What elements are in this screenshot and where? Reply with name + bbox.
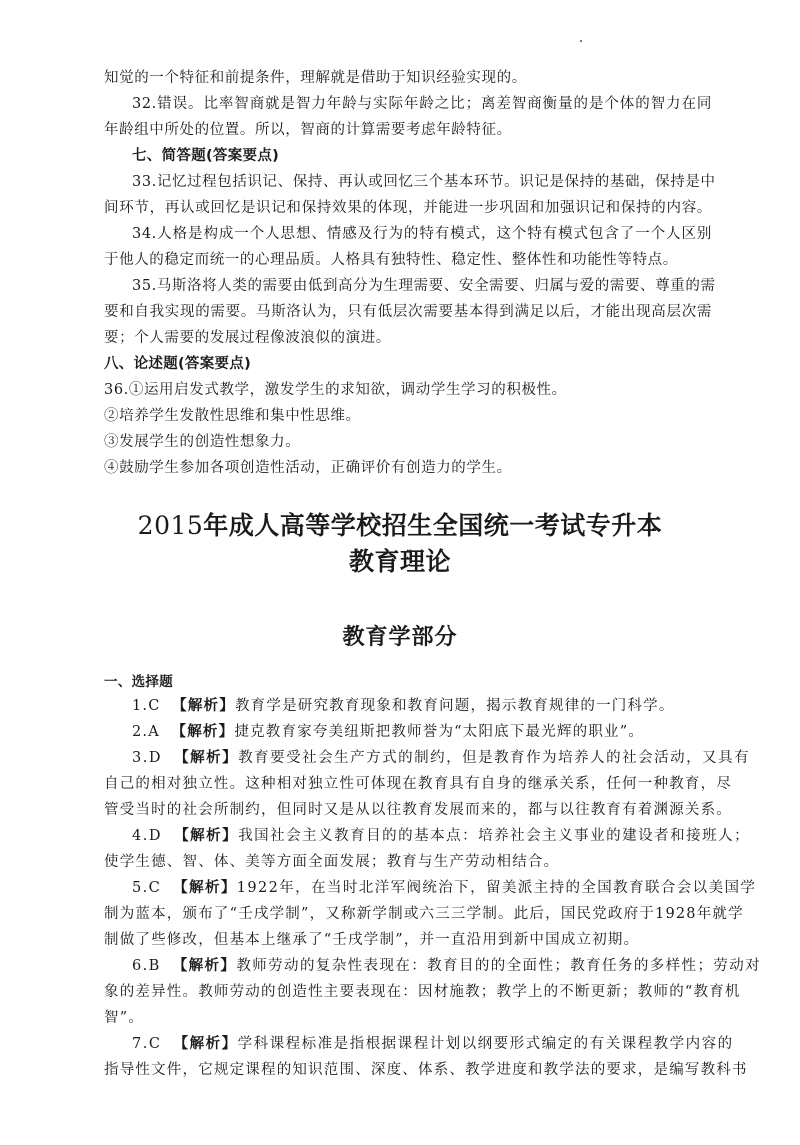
section-heading-essay: 八、论述题(答案要点) — [104, 354, 712, 374]
answer-3-line-2: 自己的相对独立性。这种相对独立性可体现在教育具有自身的继承关系，任何一种教育，尽 — [104, 774, 712, 794]
answer-text: 教师劳动的复杂性表现在：教育目的的全面性；教育任务的多样性；劳动对 — [236, 958, 761, 974]
answer-2: 2.A 【解析】捷克教育家夸美纽斯把教师誉为“太阳底下最光辉的职业”。 — [132, 722, 712, 742]
part-title: 教育学部分 — [0, 622, 800, 652]
answer-text: 教育学是研究教育现象和教育问题，揭示教育规律的一门科学。 — [235, 698, 675, 714]
answer-32-line-1: 32.错误。比率智商就是智力年龄与实际年龄之比；离差智商衡量的是个体的智力在同 — [132, 94, 712, 114]
answer-32-line-2: 年龄组中所处的位置。所以，智商的计算需要考虑年龄特征。 — [104, 120, 712, 140]
answer-3-line-3: 管受当时的社会所制约，但同时又是从以往教育发展而来的，都与以往教育有着渊源关系。 — [104, 800, 712, 820]
answer-5-line-3: 制做了些修改，但基本上继承了“壬戌学制”，并一直沿用到新中国成立初期。 — [104, 930, 712, 950]
answer-number: 7.C — [132, 1036, 161, 1052]
analysis-tag: 【解析】 — [174, 1036, 238, 1052]
answer-6-line-1: 6.B 【解析】教师劳动的复杂性表现在：教育目的的全面性；教育任务的多样性；劳动… — [132, 956, 712, 976]
answer-text: 学科课程标准是指根据课程计划以纲要形式编定的有关课程教学内容的 — [238, 1036, 734, 1052]
answer-36-point-1: 36.①运用启发式教学，激发学生的求知欲，调动学生学习的积极性。 — [104, 380, 712, 400]
exam-title-line-2: 教育理论 — [0, 546, 800, 578]
document-page: 知觉的一个特征和前提条件，理解就是借助于知识经验实现的。 32.错误。比率智商就… — [0, 0, 800, 1145]
answer-4-line-1: 4.D 【解析】我国社会主义教育目的的基本点：培养社会主义事业的建设者和接班人； — [132, 826, 712, 846]
answer-1: 1.C 【解析】教育学是研究教育现象和教育问题，揭示教育规律的一门科学。 — [132, 696, 712, 716]
analysis-tag: 【解析】 — [172, 724, 235, 740]
analysis-tag: 【解析】 — [173, 880, 237, 896]
answer-text: 1922年，在当时北洋军阀统治下，留美派主持的全国教育联合会以美国学 — [237, 880, 757, 896]
analysis-tag: 【解析】 — [174, 750, 238, 766]
answer-number: 6.B — [132, 958, 161, 974]
answer-35-line-2: 要和自我实现的需要。马斯洛认为，只有低层次需要基本得到满足以后，才能出现高层次需 — [104, 302, 712, 322]
analysis-tag: 【解析】 — [174, 828, 238, 844]
answer-5-line-1: 5.C 【解析】1922年，在当时北洋军阀统治下，留美派主持的全国教育联合会以美… — [132, 878, 712, 898]
answer-4-line-2: 使学生德、智、体、美等方面全面发展；教育与生产劳动相结合。 — [104, 852, 712, 872]
answer-text: 教育要受社会生产方式的制约，但是教育作为培养人的社会活动，又具有 — [238, 750, 750, 766]
answer-34-line-1: 34.人格是构成一个人思想、情感及行为的特有模式，这个特有模式包含了一个人区别 — [132, 224, 712, 244]
answer-6-line-2: 象的差异性。教师劳动的创造性主要表现在：因材施教；教学上的不断更新；教师的“教育… — [104, 982, 712, 1002]
answer-3-line-1: 3.D 【解析】教育要受社会生产方式的制约，但是教育作为培养人的社会活动，又具有 — [132, 748, 712, 768]
answer-7-line-2: 指导性文件，它规定课程的知识范围、深度、体系、教学进度和教学法的要求，是编写教科… — [104, 1060, 712, 1080]
answer-number: 3.D — [132, 750, 162, 766]
exam-title-text: 年成人高等学校招生全国统一考试专升本 — [203, 511, 662, 540]
answer-36-point-2: ②培养学生发散性思维和集中性思维。 — [104, 406, 712, 426]
text-line: 知觉的一个特征和前提条件，理解就是借助于知识经验实现的。 — [104, 68, 712, 88]
section-heading-short-answer: 七、简答题(答案要点) — [132, 146, 712, 166]
answer-5-line-2: 制为蓝本，颁布了“壬戌学制”，又称新学制或六三三学制。此后，国民党政府于1928… — [104, 904, 712, 924]
answer-number: 5.C — [132, 880, 161, 896]
exam-title-line-1: 2015年成人高等学校招生全国统一考试专升本 — [0, 510, 800, 542]
answer-34-line-2: 于他人的稳定而统一的心理品质。人格具有独特性、稳定性、整体性和功能性等特点。 — [104, 250, 712, 270]
answer-35-line-1: 35.马斯洛将人类的需要由低到高分为生理需要、安全需要、归属与爱的需要、尊重的需 — [132, 276, 712, 296]
analysis-tag: 【解析】 — [173, 958, 237, 974]
answer-33-line-1: 33.记忆过程包括识记、保持、再认或回忆三个基本环节。识记是保持的基础，保持是中 — [132, 172, 712, 192]
answer-number: 1.C — [132, 698, 161, 714]
answer-number: 4.D — [132, 828, 162, 844]
section-heading-choice: 一、选择题 — [104, 672, 712, 692]
answer-36-point-4: ④鼓励学生参加各项创造性活动，正确评价有创造力的学生。 — [104, 458, 712, 478]
exam-year: 2015 — [138, 511, 204, 540]
answer-6-line-3: 智”。 — [104, 1008, 712, 1028]
answer-7-line-1: 7.C 【解析】学科课程标准是指根据课程计划以纲要形式编定的有关课程教学内容的 — [132, 1034, 712, 1054]
answer-33-line-2: 间环节，再认或回忆是识记和保持效果的体现，并能进一步巩固和加强识记和保持的内容。 — [104, 198, 712, 218]
answer-35-line-3: 要；个人需要的发展过程像波浪似的演进。 — [104, 328, 712, 348]
answer-36-point-3: ③发展学生的创造性想象力。 — [104, 432, 712, 452]
analysis-tag: 【解析】 — [172, 698, 235, 714]
scan-speck — [580, 40, 582, 42]
answer-number: 2.A — [132, 724, 160, 740]
answer-text: 我国社会主义教育目的的基本点：培养社会主义事业的建设者和接班人； — [238, 828, 750, 844]
answer-text: 捷克教育家夸美纽斯把教师誉为“太阳底下最光辉的职业”。 — [234, 724, 644, 740]
